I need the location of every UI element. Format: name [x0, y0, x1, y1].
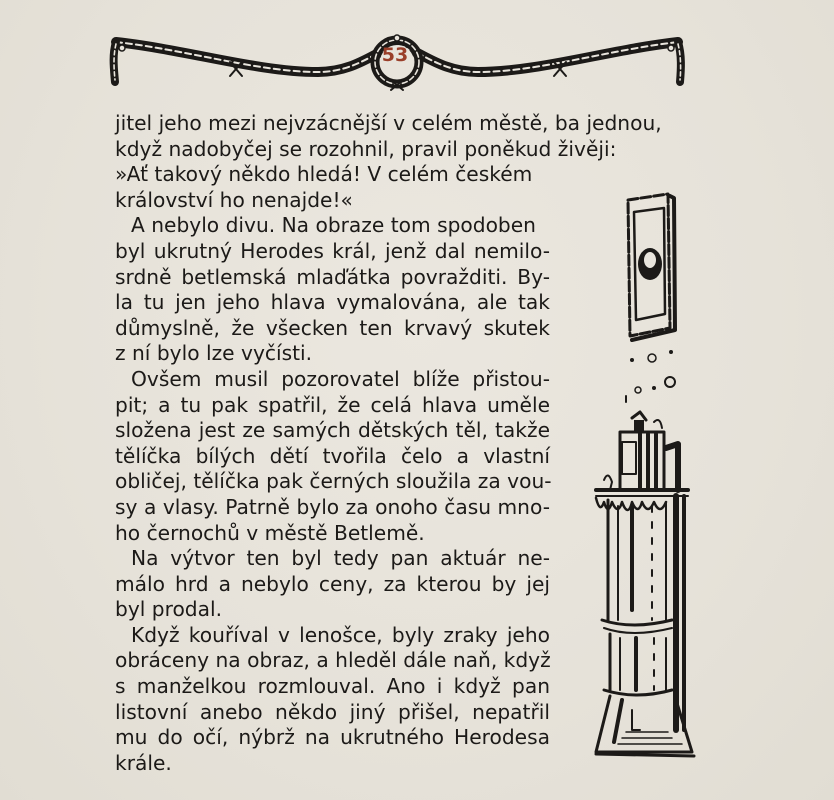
text-line: tělíčka bílých dětí tvořila čelo a vlast… — [115, 444, 550, 470]
text-line: A nebylo divu. Na obraze tom spodoben — [115, 213, 550, 239]
text-line: když nadobyčej se rozohnil, pravil poněk… — [115, 137, 550, 163]
text-line: listovní anebo někdo jiný přišel, nepatř… — [115, 700, 550, 726]
text-line: krále. — [115, 751, 550, 777]
text-line: la tu jen jeho hlava vymalována, ale tak — [115, 290, 550, 316]
text-line: ho černochů v městě Betlemě. — [115, 521, 550, 547]
text-line: byl prodal. — [115, 597, 550, 623]
text-line: sy a vlasy. Patrně bylo za onoho času mn… — [115, 495, 550, 521]
text-line: království ho nenajde!« — [115, 188, 550, 214]
text-line: obráceny na obraz, a hleděl dále naň, kd… — [115, 648, 550, 674]
text-line: složena jest ze samých dětských těl, tak… — [115, 418, 550, 444]
page-number: 53 — [375, 44, 415, 66]
text-line: málo hrd a nebylo ceny, za kterou by jej — [115, 572, 550, 598]
text-line: jitel jeho mezi nejvzácnější v celém měs… — [115, 111, 550, 137]
body-text: jitel jeho mezi nejvzácnější v celém měs… — [115, 111, 550, 776]
text-line: důmyslně, že všecken ten krvavý skutek — [115, 316, 550, 342]
text-line: »Ať takový někdo hledá! V celém českém — [115, 162, 550, 188]
text-line: byl ukrutný Herodes král, jenž dal nemil… — [115, 239, 550, 265]
text-line: z ní bylo lze vyčísti. — [115, 341, 550, 367]
portrait-and-stove-illustration-icon — [592, 190, 704, 765]
text-line: Na výtvor ten byl tedy pan aktuár ne- — [115, 546, 550, 572]
text-line: s manželkou rozmlouval. Ano i když pan — [115, 674, 550, 700]
text-line: obličej, tělíčka pak černých sloužila za… — [115, 469, 550, 495]
text-line: pit; a tu pak spatřil, že celá hlava umě… — [115, 393, 550, 419]
book-page: 53 jitel jeho mezi nejvzácnější v celém … — [0, 0, 834, 800]
text-line: Ovšem musil pozorovatel blíže přistou- — [115, 367, 550, 393]
text-line: mu do očí, nýbrž na ukrutného Herodesa — [115, 725, 550, 751]
text-line: Když kouříval v lenošce, byly zraky jeho — [115, 623, 550, 649]
text-line: srdně betlemská mlaďátka povražditi. By- — [115, 265, 550, 291]
